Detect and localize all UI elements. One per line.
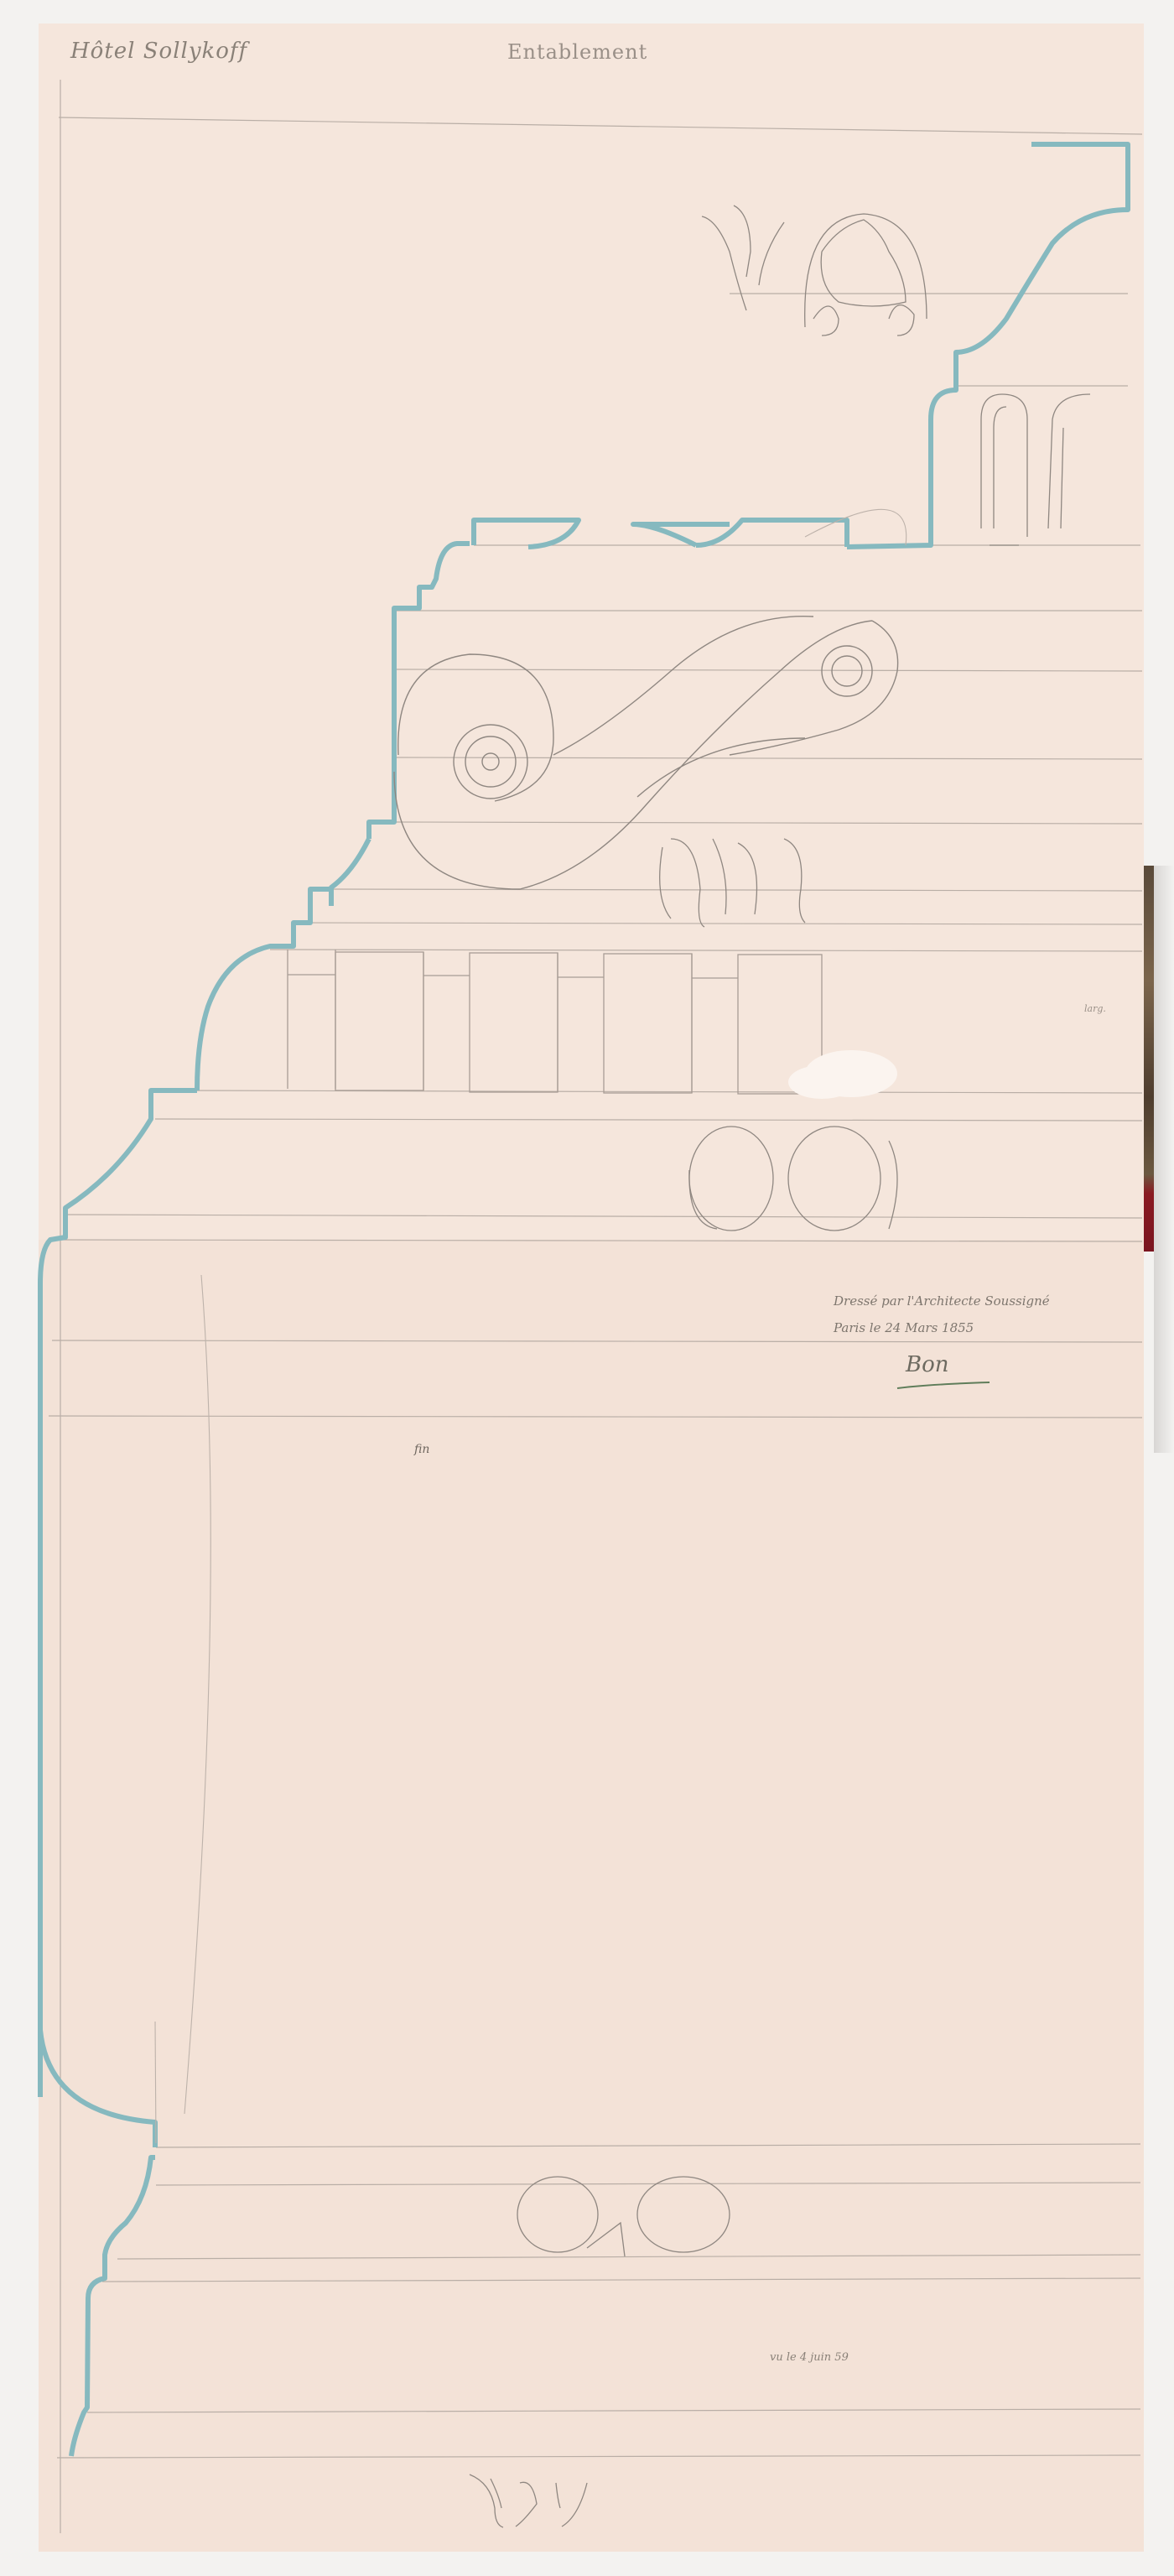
paper-stain <box>788 1050 897 1099</box>
signature-stroke <box>897 1382 990 1388</box>
shaft-curve-construction <box>155 509 906 2143</box>
architect-signature: Bon <box>906 1352 949 1377</box>
annotation-middle: fin <box>414 1443 429 1456</box>
sheet-title: Entablement <box>507 40 647 64</box>
attestation-line-1: Dressé par l'Architecte Soussigné <box>834 1293 1050 1309</box>
leaf-ornaments <box>470 206 927 2527</box>
annotation-bottom: vu le 4 juin 59 <box>770 2351 849 2364</box>
triglyph-sketch <box>981 394 1090 545</box>
annotation-right: larg. <box>1084 1003 1106 1014</box>
attestation-line-2: Paris le 24 Mars 1855 <box>834 1320 974 1335</box>
console-scroll-ornament <box>394 617 898 889</box>
project-title: Hôtel Sollykoff <box>70 39 247 64</box>
entablature-elevation-drawing <box>0 0 1174 2576</box>
mutules-dentils <box>288 950 822 1094</box>
